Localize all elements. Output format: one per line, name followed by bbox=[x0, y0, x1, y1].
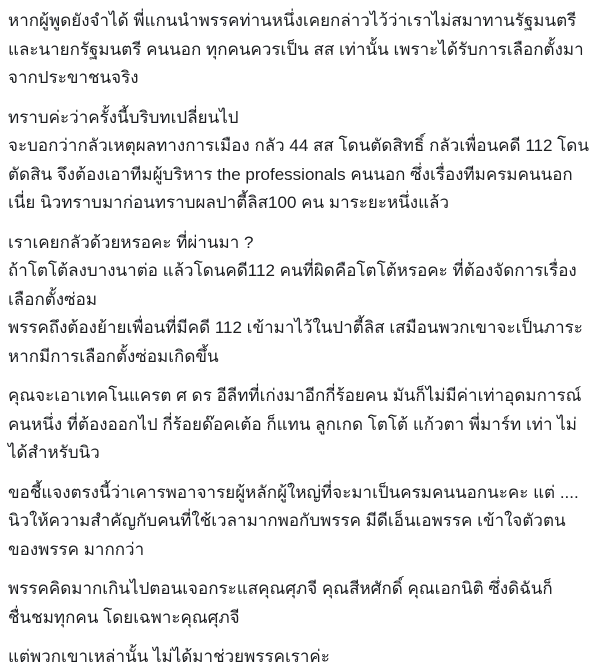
text-line: จะบอกว่ากลัวเหตุผลทางการเมือง กลัว 44 สส… bbox=[8, 132, 590, 218]
paragraph: พรรคคิดมากเกินไปตอนเจอกระแสคุณศุภจี คุณส… bbox=[8, 575, 590, 632]
text-line: หากผู้พูดยังจำได้ พี่แกนนำพรรคท่านหนึ่งเ… bbox=[8, 7, 590, 93]
text-line: เราเคยกลัวด้วยหรอคะ ที่ผ่านมา ? bbox=[8, 229, 590, 258]
paragraph: เราเคยกลัวด้วยหรอคะ ที่ผ่านมา ? ถ้าโตโต้… bbox=[8, 229, 590, 372]
text-line: คุณจะเอาเทคโนแครต ศ ดร อีลีทที่เก่งมาอีก… bbox=[8, 382, 590, 468]
paragraph: หากผู้พูดยังจำได้ พี่แกนนำพรรคท่านหนึ่งเ… bbox=[8, 7, 590, 93]
text-line: ถ้าโตโต้ลงบางนาต่อ แล้วโดนคดี112 คนที่ผิ… bbox=[8, 257, 590, 314]
paragraph: คุณจะเอาเทคโนแครต ศ ดร อีลีทที่เก่งมาอีก… bbox=[8, 382, 590, 468]
text-line: พรรคถึงต้องย้ายเพื่อนที่มีคดี 112 เข้ามา… bbox=[8, 314, 590, 371]
paragraph: แต่พวกเขาเหล่านั้น ไม่ได้มาช่วยพรรคเราค่… bbox=[8, 643, 590, 664]
text-line: ขอชี้แจงตรงนี้ว่าเคารพอาจารยผู้หลักผู้ให… bbox=[8, 479, 590, 565]
text-line: พรรคคิดมากเกินไปตอนเจอกระแสคุณศุภจี คุณส… bbox=[8, 575, 590, 632]
paragraph: ขอชี้แจงตรงนี้ว่าเคารพอาจารยผู้หลักผู้ให… bbox=[8, 479, 590, 565]
paragraph: ทราบค่ะว่าครั้งนี้บริบทเปลี่ยนไป จะบอกว่… bbox=[8, 104, 590, 218]
text-line: ทราบค่ะว่าครั้งนี้บริบทเปลี่ยนไป bbox=[8, 104, 590, 133]
text-line: แต่พวกเขาเหล่านั้น ไม่ได้มาช่วยพรรคเราค่… bbox=[8, 643, 590, 664]
post-body: หากผู้พูดยังจำได้ พี่แกนนำพรรคท่านหนึ่งเ… bbox=[0, 0, 600, 664]
